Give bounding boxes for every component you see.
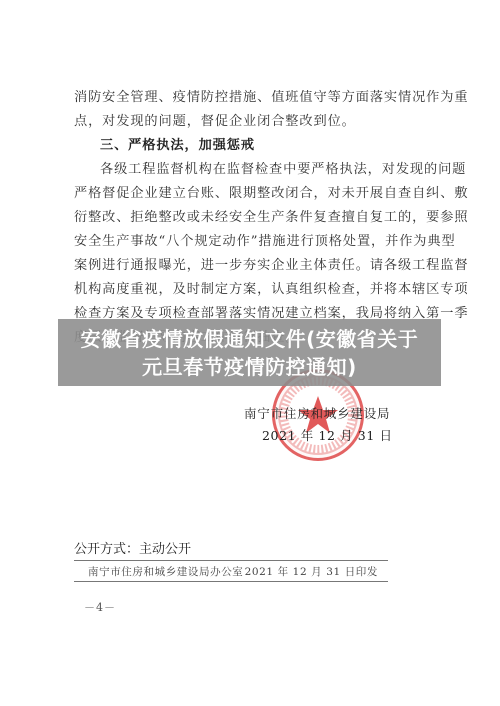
body-paragraph-line: 消防安全管理、疫情防控措施、值班值守等方面落实情况作为重 <box>74 86 434 110</box>
body-paragraph-line: 衍整改、拒绝整改或未经安全生产条件复查擅自复工的，要参照 <box>74 206 434 230</box>
disclosure-method: 公开方式：主动公开 <box>74 541 388 561</box>
document-page: 消防安全管理、疫情防控措施、值班值守等方面落实情况作为重 点，对发现的问题，督促… <box>0 0 500 706</box>
overlay-title-line-2: 元旦春节疫情防控通知) <box>142 353 357 381</box>
body-paragraph-line: 各级工程监督机构在监督检查中要严格执法，对发现的问题 <box>74 158 434 182</box>
body-paragraph-line: 点，对发现的问题，督促企业闭合整改到位。 <box>74 110 434 134</box>
issue-date: 2021 年 12 月 31 日印发 <box>245 564 378 580</box>
document-body: 消防安全管理、疫情防控措施、值班值守等方面落实情况作为重 点，对发现的问题，督促… <box>74 86 434 350</box>
title-overlay-banner: 安徽省疫情放假通知文件(安徽省关于 元旦春节疫情防控通知) <box>58 319 441 386</box>
body-paragraph-line: 安全生产事故“八个规定动作”措施进行顶格处置，并作为典型 <box>74 230 434 254</box>
overlay-title-line-1: 安徽省疫情放假通知文件(安徽省关于 <box>81 325 419 353</box>
section-heading: 三、严格执法，加强惩戒 <box>74 134 434 158</box>
body-paragraph-line: 案例进行通报曝光，进一步夯实企业主体责任。请各级工程监督 <box>74 254 434 278</box>
issuer-office: 南宁市住房和城乡建设局办公室 <box>88 564 243 580</box>
page-number: －4－ <box>84 599 116 615</box>
signing-organization: 南宁市住房和城乡建设局 <box>244 404 390 422</box>
body-paragraph-line: 机构高度重视，及时制定方案，认真组织检查，并将本辖区专项 <box>74 278 434 302</box>
signing-date: 2021 年 12 月 31 日 <box>262 426 393 444</box>
body-paragraph-line: 严格督促企业建立台账、限期整改闭合，对未开展自查自纠、敷 <box>74 182 434 206</box>
issuer-row: 南宁市住房和城乡建设局办公室 2021 年 12 月 31 日印发 <box>74 564 388 582</box>
